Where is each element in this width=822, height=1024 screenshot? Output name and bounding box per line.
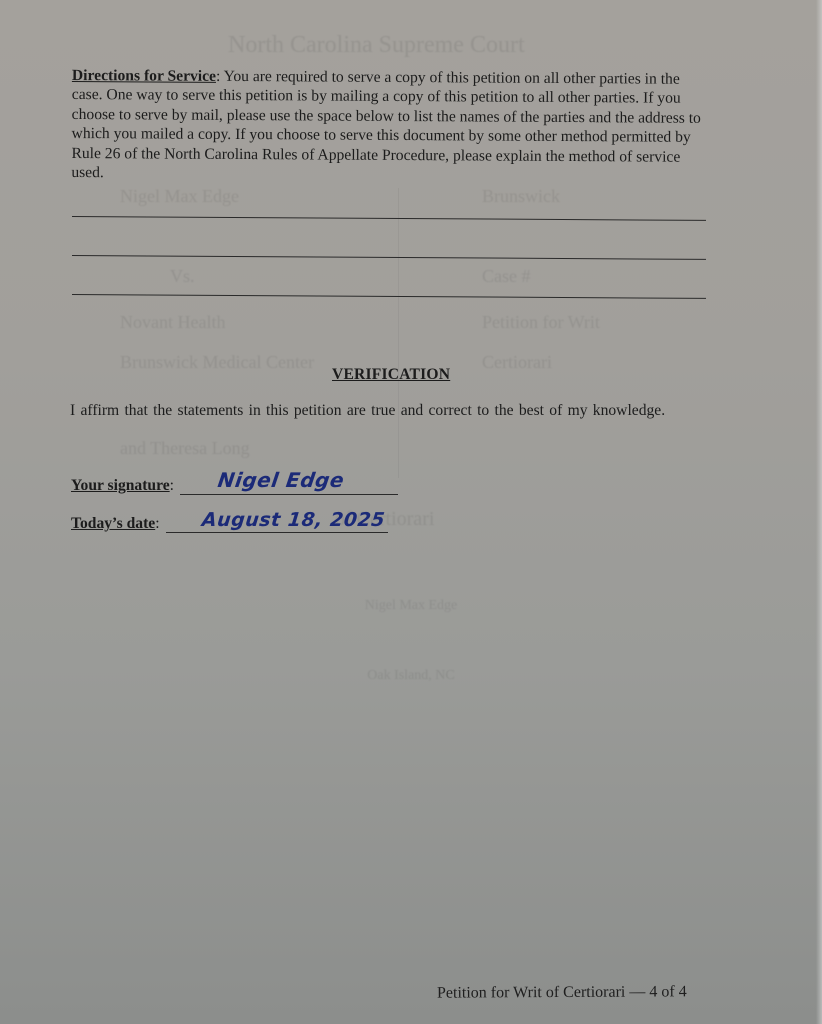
ghost-left: Vs.	[170, 266, 195, 287]
ghost-contact: Nigel Max Edge	[0, 598, 822, 614]
ghost-divider	[398, 188, 399, 478]
directions-heading: Directions for Service	[72, 67, 216, 85]
directions-for-service: Directions for Service: You are required…	[71, 66, 712, 186]
colon: :	[170, 477, 174, 495]
ghost-right: Brunswick	[482, 186, 560, 207]
date-row: Today’s date: August 18, 2025	[71, 512, 388, 533]
signature-field[interactable]: Nigel Edge	[180, 474, 398, 495]
handwritten-date: August 18, 2025	[200, 509, 385, 531]
date-field[interactable]: August 18, 2025	[166, 512, 388, 533]
ghost-right: Case #	[482, 266, 531, 287]
ghost-right: Petition for Writ	[482, 312, 600, 333]
signature-label: Your signature	[71, 477, 170, 495]
signature-row: Your signature: Nigel Edge	[71, 474, 398, 495]
verification-heading: VERIFICATION	[332, 366, 450, 384]
service-line-2[interactable]	[72, 255, 706, 260]
date-label: Today’s date	[71, 515, 155, 533]
ghost-left: Brunswick Medical Center	[120, 352, 314, 373]
ghost-left: and Theresa Long	[120, 438, 250, 459]
page-footer: Petition for Writ of Certiorari — 4 of 4	[437, 983, 687, 1002]
ghost-left: Novant Health	[120, 312, 225, 333]
colon: :	[155, 515, 159, 533]
handwritten-signature: Nigel Edge	[216, 468, 346, 492]
ghost-title: North Carolina Supreme Court	[228, 32, 525, 59]
ghost-contact: Oak Island, NC	[0, 668, 822, 684]
directions-body: : You are required to serve a copy of th…	[71, 68, 701, 181]
ghost-left: Nigel Max Edge	[120, 186, 239, 207]
service-line-3[interactable]	[72, 294, 706, 299]
verification-statement: I affirm that the statements in this pet…	[70, 401, 720, 421]
page-edge	[816, 0, 822, 1024]
service-line-1[interactable]	[72, 216, 706, 221]
ghost-right: Certiorari	[482, 352, 552, 373]
